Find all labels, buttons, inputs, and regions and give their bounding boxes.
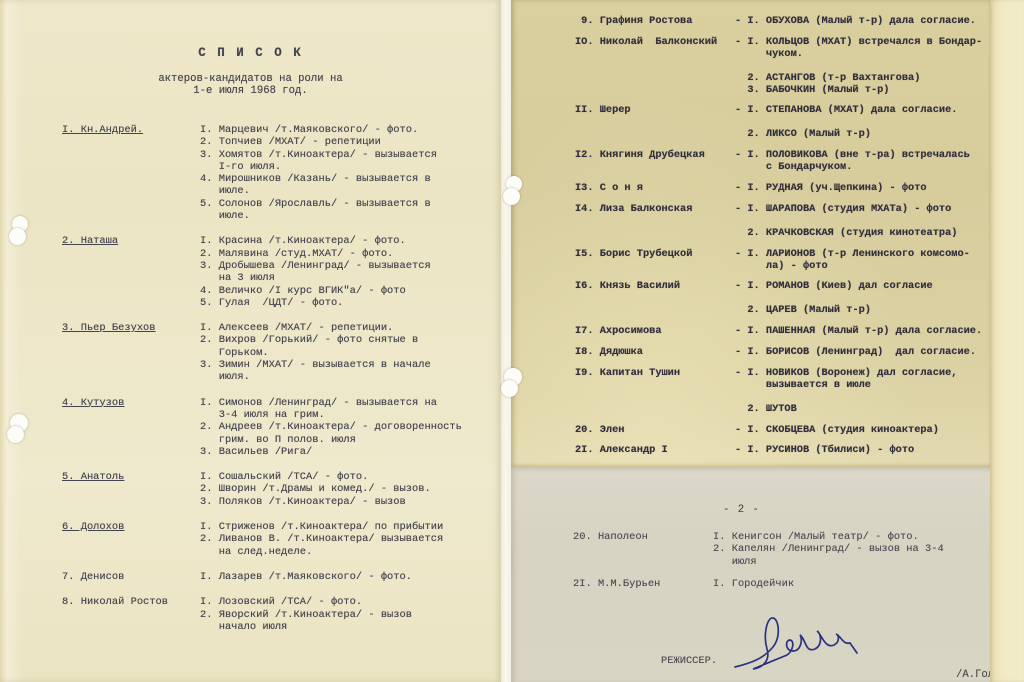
role-candidates: I. Кенигсон /Малый театр/ - фото. 2. Кап… <box>713 531 983 568</box>
role-row: I5. Борис Трубецкой - I. ЛАРИОНОВ (т-р Л… <box>575 249 990 273</box>
punch-hole <box>10 414 28 432</box>
role-row: I. Кн.Андрей. I. Марцевич /т.Маяковского… <box>62 124 501 222</box>
role-row: I4. Лиза Балконская - I. ШАРАПОВА (студи… <box>575 204 990 240</box>
role-candidates: - I. ПОЛОВИКОВА (вне т-ра) встречалась с… <box>735 150 987 174</box>
document-subtitle-line2: 1-е июля 1968 год. <box>0 85 501 97</box>
role-row: 5. Анатоль I. Сошальский /ТСА/ - фото. 2… <box>62 471 501 508</box>
role-row: 4. Кутузов I. Симонов /Ленинград/ - вызы… <box>62 397 501 458</box>
role-row: I3. С о н я - I. РУДНАЯ (уч.Щепкина) - ф… <box>575 183 990 195</box>
role-name: 3. Пьер Безухов <box>62 322 200 334</box>
role-candidates: I. Лозовский /ТСА/ - фото. 2. Яворский /… <box>200 596 495 633</box>
role-row: II. Шерер - I. СТЕПАНОВА (МХАТ) дала сог… <box>575 105 990 141</box>
page-number: - 2 - <box>723 504 990 516</box>
role-name: IO. Николай Балконский <box>575 37 735 49</box>
role-candidates: - I. ЛАРИОНОВ (т-р Ленинского комсомо- л… <box>735 249 987 273</box>
role-candidates: I. Стриженов /т.Киноактера/ по прибытии … <box>200 521 495 558</box>
role-name: I3. С о н я <box>575 183 735 195</box>
role-name: 8. Николай Ростов <box>62 596 200 608</box>
role-row: I8. Дядюшка - I. БОРИСОВ (Ленинград) дал… <box>575 347 990 359</box>
signature-block: РЕЖИССЕР. /А.Голованов/ <box>651 617 971 679</box>
role-name: I5. Борис Трубецкой <box>575 249 735 261</box>
bottom-roles-list: 20. Наполеон I. Кенигсон /Малый театр/ -… <box>511 531 990 590</box>
role-name: 4. Кутузов <box>62 397 200 409</box>
right-roles-list: 9. Графиня Ростова - I. ОБУХОВА (Малый т… <box>511 0 990 457</box>
list-header: С П И С О К актеров-кандидатов на роли н… <box>0 46 501 97</box>
role-name: 9. Графиня Ростова <box>575 16 735 28</box>
role-candidates: - I. СКОБЦЕВА (студия киноактера) <box>735 425 987 437</box>
role-candidates: - I. КОЛЬЦОВ (МХАТ) встречался в Бондар-… <box>735 37 987 97</box>
role-candidates: - I. ОБУХОВА (Малый т-р) дала согласие. <box>735 16 987 28</box>
director-signature-icon <box>729 609 879 679</box>
role-row: I7. Ахросимова - I. ПАШЕННАЯ (Малый т-р)… <box>575 326 990 338</box>
role-candidates: - I. НОВИКОВ (Воронеж) дал согласие, выз… <box>735 368 987 416</box>
role-name: 6. Долохов <box>62 521 200 533</box>
underlying-page-edge <box>990 0 1024 682</box>
role-name: II. Шерер <box>575 105 735 117</box>
role-name: 7. Денисов <box>62 571 200 583</box>
role-candidates: - I. ПАШЕННАЯ (Малый т-р) дала согласие. <box>735 326 987 338</box>
role-name: 20. Наполеон <box>573 531 713 543</box>
director-label: РЕЖИССЕР. <box>661 655 717 667</box>
document-title: С П И С О К <box>0 46 501 60</box>
page-gutter <box>501 0 511 682</box>
role-row: 7. Денисов I. Лазарев /т.Маяковского/ - … <box>62 571 501 583</box>
role-row: I2. Княгиня Друбецкая - I. ПОЛОВИКОВА (в… <box>575 150 990 174</box>
role-candidates: I. Городейчик <box>713 578 983 590</box>
role-row: 9. Графиня Ростова - I. ОБУХОВА (Малый т… <box>575 16 990 28</box>
document-subtitle-line1: актеров-кандидатов на роли на <box>0 73 501 85</box>
role-name: 5. Анатоль <box>62 471 200 483</box>
role-name: I4. Лиза Балконская <box>575 204 735 216</box>
role-name: I8. Дядюшка <box>575 347 735 359</box>
role-name: 2. Наташа <box>62 235 200 247</box>
role-name: I. Кн.Андрей. <box>62 124 200 136</box>
page-2: - 2 - 20. Наполеон I. Кенигсон /Малый те… <box>511 467 990 682</box>
left-roles-list: I. Кн.Андрей. I. Марцевич /т.Маяковского… <box>0 124 501 633</box>
role-name: 20. Элен <box>575 425 735 437</box>
role-row: 6. Долохов I. Стриженов /т.Киноактера/ п… <box>62 521 501 558</box>
role-name: I7. Ахросимова <box>575 326 735 338</box>
role-candidates: - I. СТЕПАНОВА (МХАТ) дала согласие. 2. … <box>735 105 987 141</box>
role-row: 2. Наташа I. Красина /т.Киноактера/ - фо… <box>62 235 501 309</box>
role-row: I9. Капитан Тушин - I. НОВИКОВ (Воронеж)… <box>575 368 990 416</box>
punch-hole <box>506 176 522 192</box>
role-candidates: I. Алексеев /МХАТ/ - репетиции. 2. Вихро… <box>200 322 495 383</box>
role-candidates: - I. РУСИНОВ (Тбилиси) - фото <box>735 445 987 457</box>
role-row: 20. Элен - I. СКОБЦЕВА (студия киноактер… <box>575 425 990 437</box>
role-row: 3. Пьер Безухов I. Алексеев /МХАТ/ - реп… <box>62 322 501 383</box>
role-candidates: I. Сошальский /ТСА/ - фото. 2. Шворин /т… <box>200 471 495 508</box>
page-list-1: С П И С О К актеров-кандидатов на роли н… <box>0 0 501 682</box>
role-name: I6. Князь Василий <box>575 281 735 293</box>
role-candidates: I. Красина /т.Киноактера/ - фото. 2. Мал… <box>200 235 495 309</box>
role-candidates: I. Лазарев /т.Маяковского/ - фото. <box>200 571 495 583</box>
role-row: 8. Николай Ростов I. Лозовский /ТСА/ - ф… <box>62 596 501 633</box>
role-candidates: I. Симонов /Ленинград/ - вызывается на 3… <box>200 397 495 458</box>
punch-hole <box>504 368 522 386</box>
role-candidates: - I. РОМАНОВ (Киев) дал согласие 2. ЦАРЕ… <box>735 281 987 317</box>
role-row: 20. Наполеон I. Кенигсон /Малый театр/ -… <box>573 531 990 568</box>
role-row: 2I. М.М.Бурьен I. Городейчик <box>573 578 990 590</box>
role-candidates: - I. ШАРАПОВА (студия МХАТа) - фото 2. К… <box>735 204 987 240</box>
page-list-1-continued: 9. Графиня Ростова - I. ОБУХОВА (Малый т… <box>511 0 990 467</box>
role-candidates: - I. РУДНАЯ (уч.Щепкина) - фото <box>735 183 987 195</box>
role-row: IO. Николай Балконский - I. КОЛЬЦОВ (МХА… <box>575 37 990 97</box>
role-name: 2I. М.М.Бурьен <box>573 578 713 590</box>
role-candidates: I. Марцевич /т.Маяковского/ - фото. 2. Т… <box>200 124 495 222</box>
role-row: I6. Князь Василий - I. РОМАНОВ (Киев) да… <box>575 281 990 317</box>
punch-hole <box>12 216 28 232</box>
role-name: I2. Княгиня Друбецкая <box>575 150 735 162</box>
role-candidates: - I. БОРИСОВ (Ленинград) дал согласие. <box>735 347 987 359</box>
role-name: 2I. Александр I <box>575 445 735 457</box>
role-row: 2I. Александр I - I. РУСИНОВ (Тбилиси) -… <box>575 445 990 457</box>
role-name: I9. Капитан Тушин <box>575 368 735 380</box>
